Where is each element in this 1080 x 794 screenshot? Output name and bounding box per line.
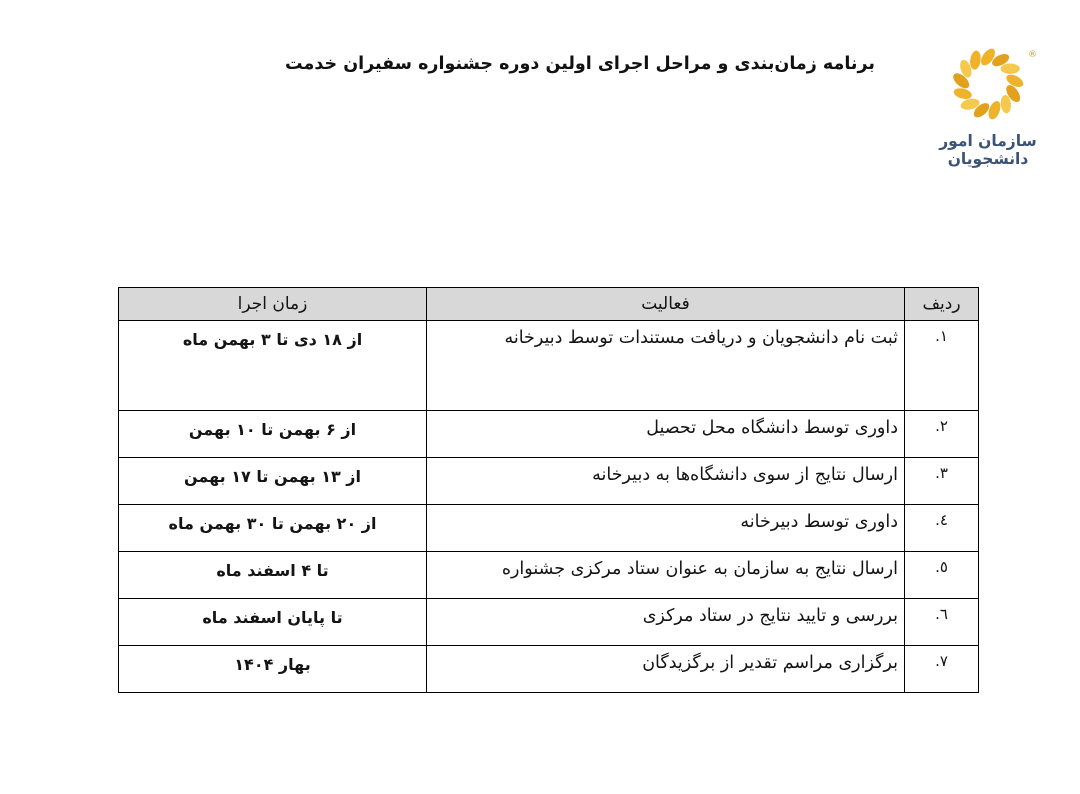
- activity-cell: برگزاری مراسم تقدیر از برگزیدگان: [427, 646, 905, 693]
- time-cell: از ۱۸ دی تا ۳ بهمن ماه: [119, 321, 427, 411]
- row-number-cell: ۷.: [905, 646, 979, 693]
- logo-org-name-line2: دانشجویان: [926, 150, 1050, 168]
- activity-cell: بررسی و تایید نتایج در ستاد مرکزی: [427, 599, 905, 646]
- organization-logo: ® سازمان امور دانشجویان: [926, 44, 1050, 168]
- table-row: ٤. داوری توسط دبیرخانه از ۲۰ بهمن تا ۳۰ …: [119, 505, 979, 552]
- time-cell: از ۶ بهمن تا ۱۰ بهمن: [119, 411, 427, 458]
- activity-cell: داوری توسط دبیرخانه: [427, 505, 905, 552]
- table-row: ۳. ارسال نتایج از سوی دانشگاه‌ها به دبیر…: [119, 458, 979, 505]
- activity-cell: ارسال نتایج به سازمان به عنوان ستاد مرکز…: [427, 552, 905, 599]
- row-number-cell: ٦.: [905, 599, 979, 646]
- time-cell: از ۱۳ بهمن تا ۱۷ بهمن: [119, 458, 427, 505]
- row-number-cell: ۲.: [905, 411, 979, 458]
- time-cell: از ۲۰ بهمن تا ۳۰ بهمن ماه: [119, 505, 427, 552]
- table-row: ۷. برگزاری مراسم تقدیر از برگزیدگان بهار…: [119, 646, 979, 693]
- column-header-time: زمان اجرا: [119, 288, 427, 321]
- logo-org-name-line1: سازمان امور: [926, 132, 1050, 150]
- activity-cell: داوری توسط دانشگاه محل تحصیل: [427, 411, 905, 458]
- time-cell: تا پایان اسفند ماه: [119, 599, 427, 646]
- schedule-table: ردیف فعالیت زمان اجرا ۱. ثبت نام دانشجوی…: [118, 287, 979, 693]
- table-row: ۲. داوری توسط دانشگاه محل تحصیل از ۶ بهم…: [119, 411, 979, 458]
- column-header-activity: فعالیت: [427, 288, 905, 321]
- row-number-cell: ٤.: [905, 505, 979, 552]
- time-cell: تا ۴ اسفند ماه: [119, 552, 427, 599]
- table-row: ٦. بررسی و تایید نتایج در ستاد مرکزی تا …: [119, 599, 979, 646]
- activity-cell: ثبت نام دانشجویان و دریافت مستندات توسط …: [427, 321, 905, 411]
- activity-cell: ارسال نتایج از سوی دانشگاه‌ها به دبیرخان…: [427, 458, 905, 505]
- column-header-row-number: ردیف: [905, 288, 979, 321]
- time-cell: بهار ۱۴۰۴: [119, 646, 427, 693]
- schedule-table-container: ردیف فعالیت زمان اجرا ۱. ثبت نام دانشجوی…: [118, 287, 978, 693]
- row-number-cell: ۱.: [905, 321, 979, 411]
- table-header-row: ردیف فعالیت زمان اجرا: [119, 288, 979, 321]
- document-page: { "page": { "title": "برنامه زمان\u200cب…: [0, 0, 1080, 794]
- row-number-cell: ۳.: [905, 458, 979, 505]
- sunflower-ring-icon: ®: [936, 44, 1040, 130]
- registered-trademark-icon: ®: [1028, 50, 1037, 60]
- table-row: ٥. ارسال نتایج به سازمان به عنوان ستاد م…: [119, 552, 979, 599]
- table-row: ۱. ثبت نام دانشجویان و دریافت مستندات تو…: [119, 321, 979, 411]
- row-number-cell: ٥.: [905, 552, 979, 599]
